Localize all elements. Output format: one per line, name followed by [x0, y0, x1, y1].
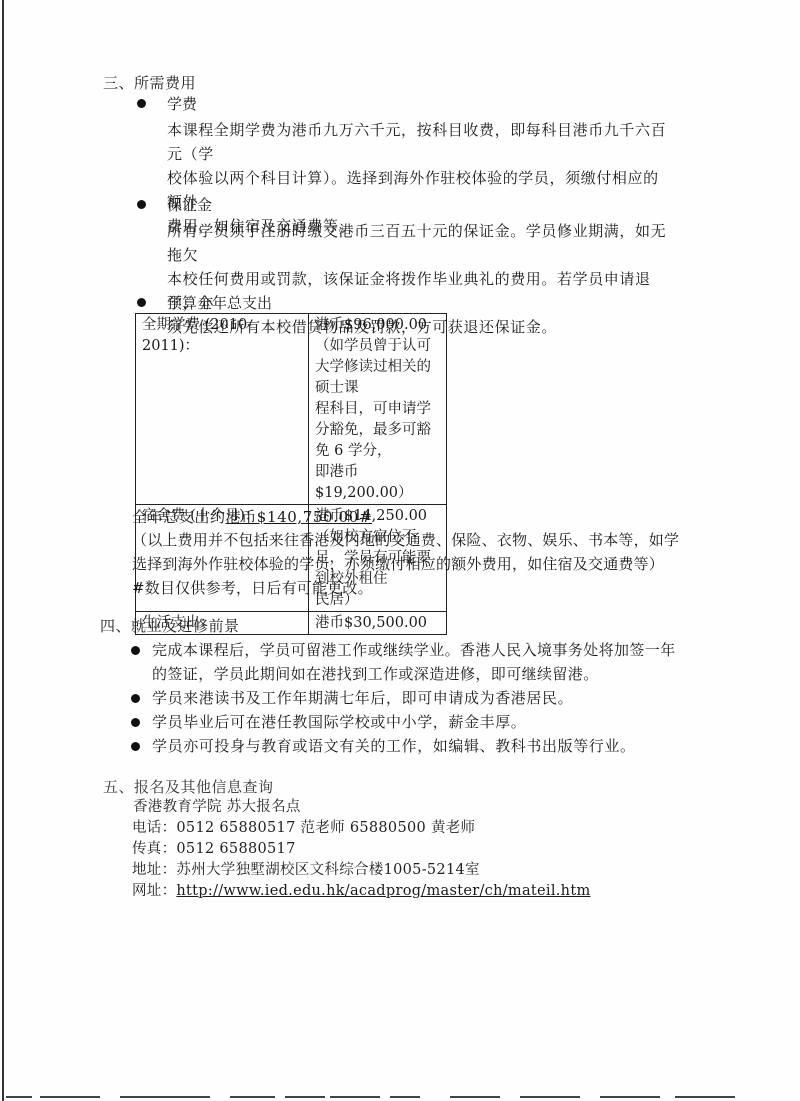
scan-edge: [2, 0, 4, 1101]
website-link[interactable]: http://www.ied.edu.hk/acadprog/master/ch…: [176, 883, 590, 899]
prospect-item: 学员毕业后可在港任教国际学校或中小学，薪金丰厚。: [152, 710, 526, 734]
section-three-title: 三、所需费用: [103, 72, 196, 93]
note-line: （以上费用并不包括来往香港及内地的交通费、保险、衣物、娱乐、书本等，如学: [132, 528, 752, 552]
contact-org: 香港教育学院 苏大报名点: [133, 797, 301, 818]
budget-label: 全期学费 (2010-2011)：: [136, 314, 309, 505]
value-line: 港币$96,000.00: [315, 315, 440, 336]
scan-line: [330, 1096, 380, 1098]
bullet-icon: [137, 298, 146, 307]
value-line: 即港币$19,200.00）: [315, 462, 440, 504]
section-four-title: 四、就业及进修前景: [100, 615, 240, 636]
prospect-item: 学员来港读书及工作年期满七年后，即可申请成为香港居民。: [152, 686, 573, 710]
value-line: 程科目，可申请学分豁免，最多可豁免 6 学分，: [315, 399, 440, 462]
contact-address: 地址：苏州大学独墅湖校区文科综合楼1005-5214室: [132, 860, 480, 881]
budget-value: 港币$30,500.00: [309, 612, 447, 635]
deposit-line: 所有学员须于注册时缴交港币三百五十元的保证金。学员修业期满，如无拖欠: [167, 219, 667, 267]
budget-total: 全年总支出约港币$140,750.00#: [132, 505, 372, 529]
prospect-item: 学员亦可投身与教育或语文有关的工作，如编辑、教科书出版等行业。: [152, 734, 636, 758]
note-line: 选择到海外作驻校体验的学员，亦须缴付相应的额外费用，如住宿及交通费等）: [132, 552, 752, 576]
contact-fax: 传真：0512 65880517: [132, 839, 296, 860]
bullet-icon: [131, 718, 140, 727]
scan-line: [285, 1096, 325, 1098]
website-label: 网址：: [132, 883, 176, 899]
scan-line: [600, 1096, 660, 1098]
value-line: （如学员曾于认可大学修读过相关的硕士课: [315, 336, 440, 399]
bullet-icon: [137, 200, 146, 209]
bullet-icon: [131, 646, 140, 655]
deposit-heading: 保证金: [167, 194, 212, 215]
bullet-icon: [131, 742, 140, 751]
value-line: 港币$30,500.00: [315, 613, 440, 634]
tuition-line: 本课程全期学费为港币九万六千元，按科目收费，即每科目港币九千六百元（学: [167, 118, 667, 166]
budget-heading: 预算全年总支出: [167, 292, 272, 313]
contact-phone: 电话：0512 65880517 范老师 65880500 黄老师: [132, 818, 475, 839]
table-row: 全期学费 (2010-2011)： 港币$96,000.00 （如学员曾于认可大…: [136, 314, 447, 505]
budget-value: 港币$96,000.00 （如学员曾于认可大学修读过相关的硕士课 程科目，可申请…: [309, 314, 447, 505]
tuition-heading: 学费: [167, 93, 197, 114]
prospect-line: 的签证，学员此期间如在港找到工作或深造进修，即可继续留港。: [152, 662, 712, 686]
prospect-line: 完成本课程后，学员可留港工作或继续学业。香港人民入境事务处将加签一年: [152, 638, 712, 662]
scan-line: [450, 1096, 500, 1098]
scan-line: [40, 1096, 100, 1098]
scan-line: [6, 1096, 32, 1098]
scan-line: [230, 1096, 275, 1098]
tuition-line: 校体验以两个科目计算）。选择到海外作驻校体验的学员，须缴付相应的额外: [167, 166, 667, 214]
prospect-item: 完成本课程后，学员可留港工作或继续学业。香港人民入境事务处将加签一年 的签证，学…: [152, 638, 712, 686]
bullet-icon: [131, 694, 140, 703]
scan-line: [675, 1096, 735, 1098]
note-line: #数目仅供参考，日后有可能更改。: [132, 576, 752, 600]
section-five-title: 五、报名及其他信息查询: [103, 776, 274, 797]
scan-line: [520, 1096, 580, 1098]
budget-notes: （以上费用并不包括来往香港及内地的交通费、保险、衣物、娱乐、书本等，如学 选择到…: [132, 528, 752, 600]
bullet-icon: [137, 99, 146, 108]
contact-website: 网址：http://www.ied.edu.hk/acadprog/master…: [132, 881, 591, 902]
total-prefix: 全年总支出约: [132, 508, 226, 526]
scan-line: [390, 1096, 420, 1098]
total-value: 港币$140,750.00#: [226, 508, 372, 526]
scan-line: [120, 1096, 210, 1098]
